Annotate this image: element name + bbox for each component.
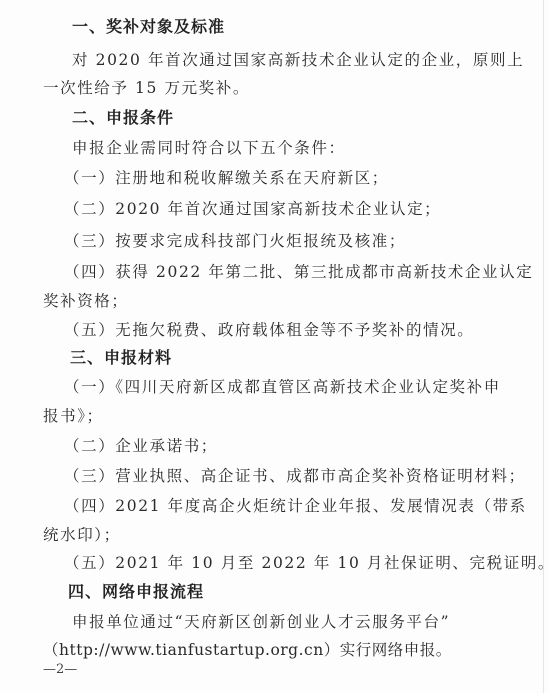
list-item: （四）2021 年度高企火炬统计企业年报、发展情况表（带系 xyxy=(64,496,527,516)
list-item-continuation: 报书》； xyxy=(43,406,104,426)
list-item-continuation: 奖补资格； xyxy=(43,291,129,311)
section-heading-4: 四、网络申报流程 xyxy=(68,582,204,602)
list-item: （二）企业承诺书； xyxy=(64,436,218,456)
list-item: （五）2021 年 10 月至 2022 年 10 月社保证明、完税证明。 xyxy=(64,553,549,573)
list-item: （四）获得 2022 年第二批、第三批成都市高新技术企业认定 xyxy=(64,262,533,282)
section-heading-3: 三、申报材料 xyxy=(70,348,172,368)
section-heading-1: 一、奖补对象及标准 xyxy=(72,17,225,37)
list-item: （一）《四川天府新区成都直管区高新技术企业认定奖补申 xyxy=(64,377,501,397)
list-item: （三）按要求完成科技部门火炬报统及核准； xyxy=(64,231,406,251)
section-heading-2: 二、申报条件 xyxy=(72,108,174,128)
list-item: （一）注册地和税收解缴关系在天府新区； xyxy=(64,168,389,188)
page-number: —2— xyxy=(43,662,77,677)
list-item: （二）2020 年首次通过国家高新技术企业认定； xyxy=(64,199,441,219)
paragraph-line-url: （http://www.tianfustartup.org.cn）实行网络申报。 xyxy=(43,640,452,660)
paragraph-line: 申报企业需同时符合以下五个条件： xyxy=(72,138,346,158)
page-edge-line xyxy=(543,0,544,693)
paragraph-line: 申报单位通过“天府新区创新创业人才云服务平台” xyxy=(72,612,450,632)
list-item-continuation: 统水印）； xyxy=(43,525,121,545)
paragraph-line: 一次性给予 15 万元奖补。 xyxy=(43,78,250,98)
list-item: （五）无拖欠税费、政府载体租金等不予奖补的情况。 xyxy=(64,320,474,340)
paragraph-line: 对 2020 年首次通过国家高新技术企业认定的企业，原则上 xyxy=(72,50,524,70)
list-item: （三）营业执照、高企证书、成都市高企奖补资格证明材料； xyxy=(64,466,526,486)
